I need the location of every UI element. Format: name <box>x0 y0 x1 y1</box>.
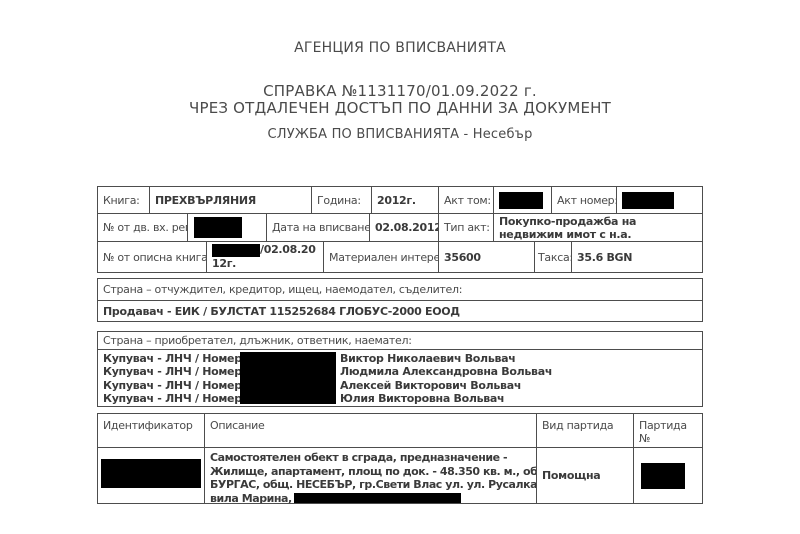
material-interest-value: 35600 <box>438 242 534 272</box>
redacted-act-number <box>622 192 674 209</box>
redacted-buyer-ids <box>240 352 336 404</box>
act-volume-value-cell <box>493 187 551 213</box>
document-page: АГЕНЦИЯ ПО ВПИСВАНИЯТА СПРАВКА №1131170/… <box>0 0 800 534</box>
description-cell: Самостоятелен обект в сграда, предназнач… <box>204 448 536 503</box>
seller-section-header: Страна – отчуждител, кредитор, ищец, нае… <box>98 279 702 300</box>
column-header-description: Описание <box>204 414 536 447</box>
description-line: БУРГАС, общ. НЕСЕБЪР, гр.Свети Влас ул. … <box>210 478 536 492</box>
buyer-label: Купувач - ЛНЧ / Номер <box>103 392 243 405</box>
redacted-address-part <box>294 493 461 503</box>
batch-number-cell <box>633 448 704 503</box>
act-volume-label: Акт том: <box>438 187 493 213</box>
incoming-reg-label: № от дв. вх. рег.: <box>98 214 187 241</box>
reference-number-line: СПРАВКА №1131170/01.09.2022 г. <box>0 83 800 100</box>
table-row: № от дв. вх. рег.: Дата на вписване: 02.… <box>98 213 702 241</box>
registry-office-title: СЛУЖБА ПО ВПИСВАНИЯТА - Несебър <box>0 127 800 142</box>
redacted-act-volume <box>499 192 543 209</box>
column-header-batch-type: Вид партида <box>536 414 633 447</box>
table-row: Книга: ПРЕХВЪРЛЯНИЯ Година: 2012г. Акт т… <box>98 187 702 213</box>
remote-access-line: ЧРЕЗ ОТДАЛЕЧЕН ДОСТЪП ПО ДАННИ ЗА ДОКУМЕ… <box>0 100 800 117</box>
redacted-batch-number <box>641 463 685 489</box>
identifier-cell <box>98 448 204 503</box>
fee-value: 35.6 BGN <box>571 242 702 272</box>
buyer-name: Алексей Викторович Вольвач <box>340 379 521 392</box>
act-number-value-cell <box>616 187 702 213</box>
year-value: 2012г. <box>371 187 438 213</box>
buyer-row: Купувач - ЛНЧ / Номер Юлия Викторовна Во… <box>103 392 702 405</box>
buyer-name: Виктор Николаевич Вольвач <box>340 352 516 365</box>
book-label: Книга: <box>98 187 149 213</box>
reference-title: СПРАВКА №1131170/01.09.2022 г. ЧРЕЗ ОТДА… <box>0 83 800 117</box>
inventory-book-label: № от описна книга: <box>98 242 206 272</box>
incoming-reg-value-cell <box>187 214 266 241</box>
description-line-text: вила Марина, <box>210 492 292 503</box>
redacted-inventory-number <box>212 244 260 257</box>
act-type-value: Покупко-продажба на недвижим имот с н.а. <box>493 214 702 241</box>
buyer-name: Людмила Александровна Вольвач <box>340 365 552 378</box>
entry-date-value: 02.08.2012 <box>369 214 438 241</box>
table-row: № от описна книга: /02.08.20 12г. Матери… <box>98 241 702 272</box>
inventory-book-value-cell: /02.08.20 12г. <box>206 242 323 272</box>
description-line: вила Марина, <box>210 492 536 503</box>
buyer-name: Юлия Викторовна Вольвач <box>340 392 504 405</box>
seller-party-table: Страна – отчуждител, кредитор, ищец, нае… <box>97 278 703 322</box>
table-row: Купувач - ЛНЧ / Номер Виктор Николаевич … <box>98 349 702 406</box>
buyer-row: Купувач - ЛНЧ / Номер Алексей Викторович… <box>103 379 702 392</box>
buyer-label: Купувач - ЛНЧ / Номер <box>103 352 243 365</box>
batch-type-value: Помощна <box>536 448 633 503</box>
inventory-book-value-line1: /02.08.20 <box>260 243 316 256</box>
property-description: Самостоятелен обект в сграда, предназнач… <box>210 450 536 503</box>
act-info-table: Книга: ПРЕХВЪРЛЯНИЯ Година: 2012г. Акт т… <box>97 186 703 273</box>
fee-label: Такса: <box>534 242 571 272</box>
redacted-identifier <box>101 459 201 488</box>
entry-date-label: Дата на вписване: <box>266 214 369 241</box>
act-number-label: Акт номер: <box>551 187 616 213</box>
table-row: Продавач - ЕИК / БУЛСТАТ 115252684 ГЛОБУ… <box>98 300 702 321</box>
book-value: ПРЕХВЪРЛЯНИЯ <box>149 187 311 213</box>
property-row: Самостоятелен обект в сграда, предназнач… <box>98 447 702 503</box>
description-line: Жилище, апартамент, площ по док. - 48.35… <box>210 465 536 479</box>
seller-row: Продавач - ЕИК / БУЛСТАТ 115252684 ГЛОБУ… <box>98 301 702 321</box>
inventory-book-value-line2: 12г. <box>212 257 236 270</box>
buyer-row: Купувач - ЛНЧ / Номер Людмила Александро… <box>103 365 702 378</box>
redacted-incoming-reg <box>194 217 242 238</box>
column-header-batch-number: Партида № <box>633 414 704 447</box>
table-row: Страна – приобретател, длъжник, ответник… <box>98 332 702 349</box>
buyer-party-table: Страна – приобретател, длъжник, ответник… <box>97 331 703 407</box>
year-label: Година: <box>311 187 371 213</box>
column-header-identifier: Идентификатор <box>98 414 204 447</box>
table-header-row: Идентификатор Описание Вид партида Парти… <box>98 414 702 447</box>
description-line: Самостоятелен обект в сграда, предназнач… <box>210 451 536 465</box>
buyer-section-header: Страна – приобретател, длъжник, ответник… <box>98 332 702 349</box>
material-interest-label: Материален интерес: <box>323 242 438 272</box>
act-type-label: Тип акт: <box>438 214 493 241</box>
buyer-label: Купувач - ЛНЧ / Номер <box>103 379 243 392</box>
property-table: Идентификатор Описание Вид партида Парти… <box>97 413 703 504</box>
table-row: Страна – отчуждител, кредитор, ищец, нае… <box>98 279 702 300</box>
buyer-row: Купувач - ЛНЧ / Номер Виктор Николаевич … <box>103 352 702 365</box>
buyer-label: Купувач - ЛНЧ / Номер <box>103 365 243 378</box>
buyer-rows-cell: Купувач - ЛНЧ / Номер Виктор Николаевич … <box>98 350 702 406</box>
agency-title: АГЕНЦИЯ ПО ВПИСВАНИЯТА <box>0 40 800 56</box>
